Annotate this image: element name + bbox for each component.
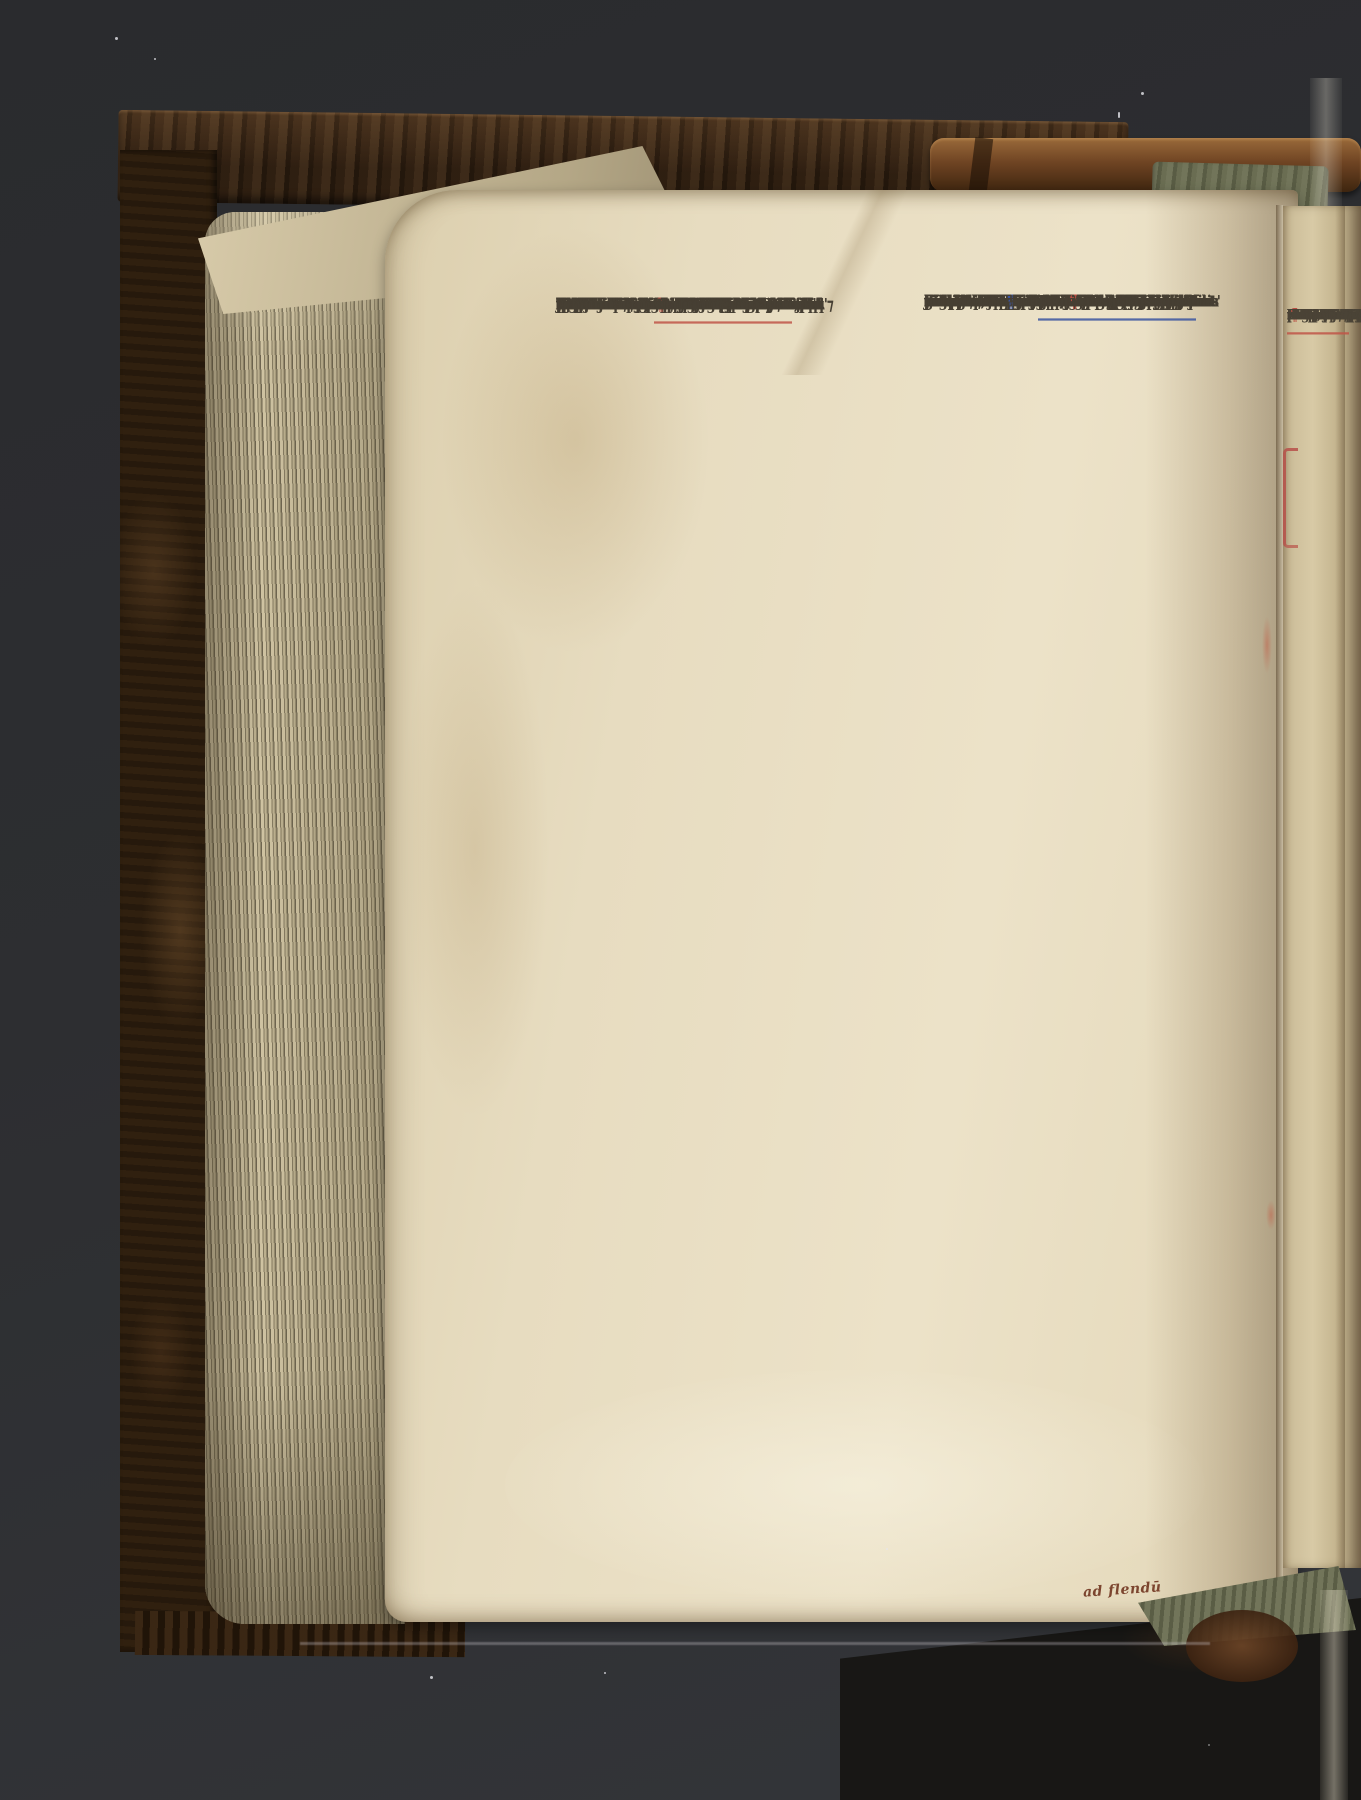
red-smudge [1266, 1200, 1276, 1230]
parchment-stain [400, 580, 550, 1120]
dust-speck [604, 1672, 606, 1674]
text-line: rebant lacrime ⁊ bn̄ in erat cum [556, 290, 786, 321]
next-folio-sliver: o flendum. Joeidem. ⁊ Lt' xxc. Scr' u'mo… [1283, 206, 1361, 1568]
text-line: temp' ride' [1287, 298, 1359, 331]
leather-cover-left-edge [120, 150, 217, 1652]
dust-speck [1118, 112, 1120, 118]
manuscript-page: Modum inquit uis hec lacrimas meas cum m… [385, 190, 1298, 1622]
folio-fold-shading [1335, 206, 1345, 1568]
parchment-highlight [505, 1370, 1205, 1600]
cradle-edge-bottom [1320, 1590, 1348, 1800]
dust-speck [1141, 92, 1144, 95]
manuscript-photo: Modum inquit uis hec lacrimas meas cum m… [0, 0, 1361, 1800]
dust-speck [154, 58, 156, 60]
dust-speck [115, 37, 118, 40]
dust-speck [886, 1548, 888, 1550]
parchment-wrinkle [635, 190, 1065, 375]
leather-corner-patch [1186, 1610, 1298, 1682]
page-edge-stack-shading [205, 212, 405, 1624]
dust-speck [1208, 1744, 1210, 1746]
text-line: comendatoēs quas facit sacra scriptura [924, 287, 1211, 318]
board-edge-highlight [300, 1642, 1210, 1645]
red-smudge [1262, 616, 1272, 674]
gutter-crease [1276, 205, 1283, 1580]
red-bracket-mark [1283, 448, 1298, 548]
dust-speck [430, 1676, 433, 1679]
